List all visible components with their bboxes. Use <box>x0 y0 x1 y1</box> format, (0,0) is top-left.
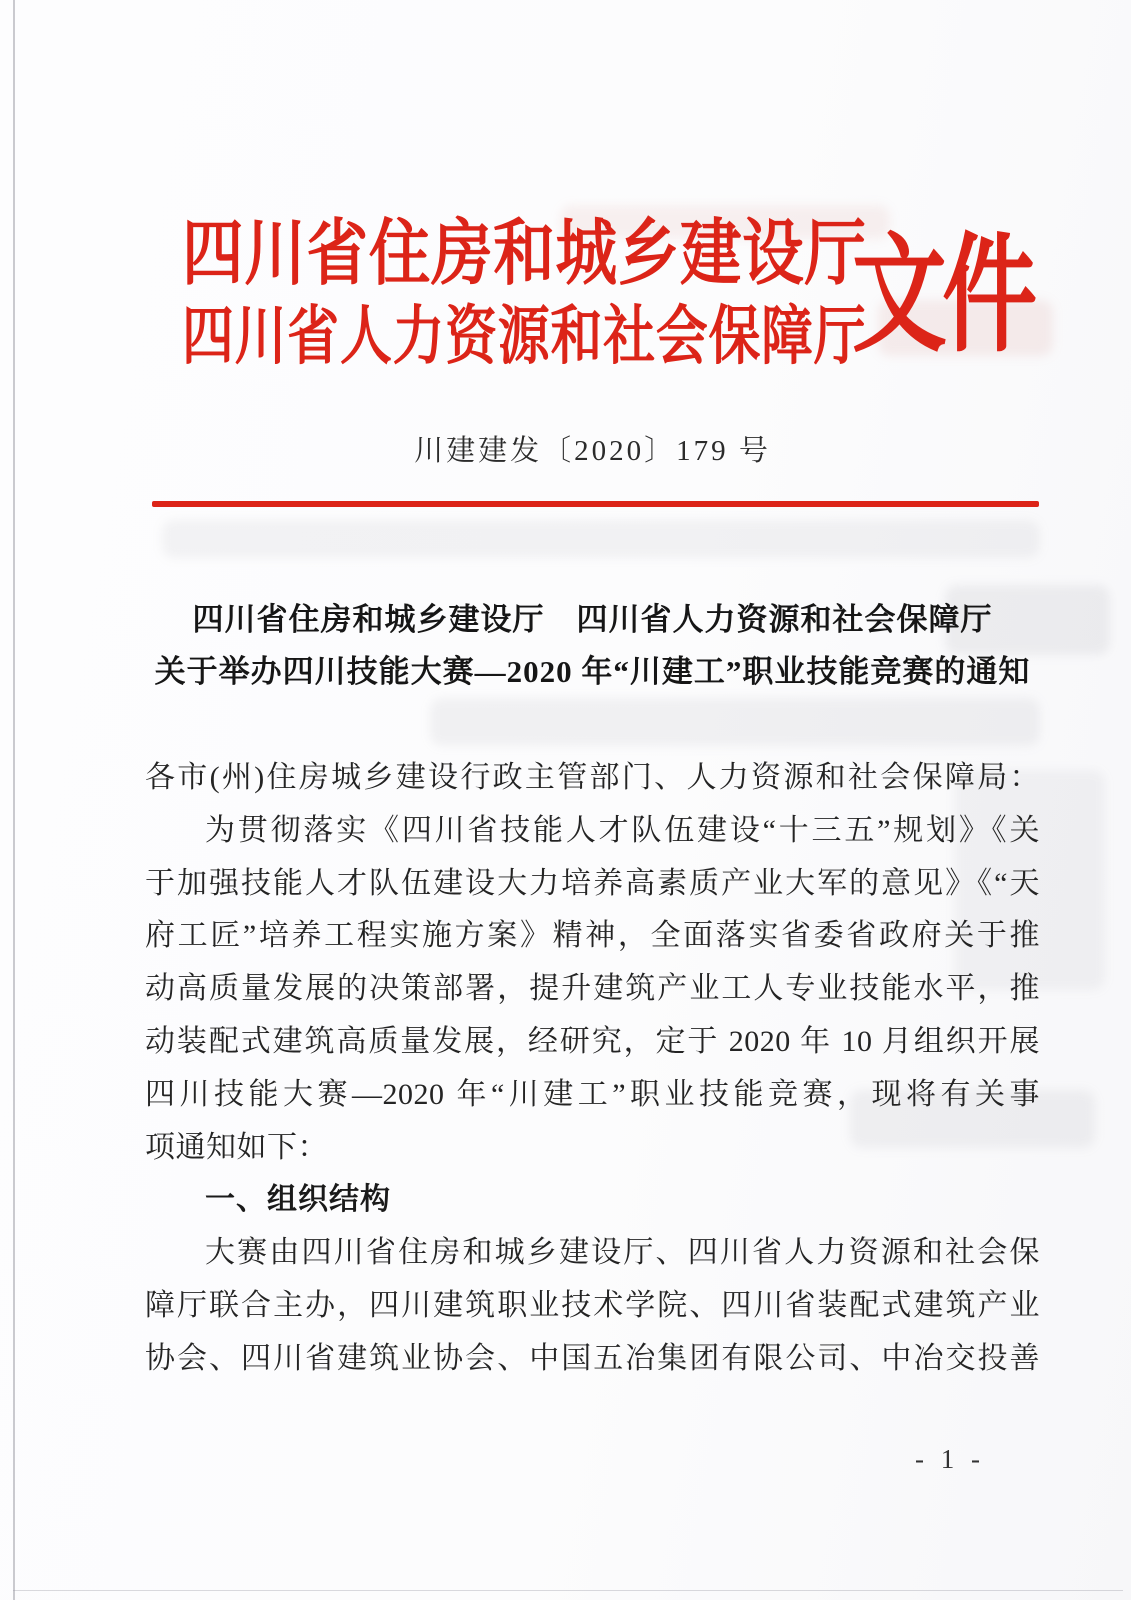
document-title: 四川省住房和城乡建设厅 四川省人力资源和社会保障厅 关于举办四川技能大赛—202… <box>145 594 1040 698</box>
salutation-line: 各市(州)住房城乡建设行政主管部门、人力资源和社会保障局： <box>145 752 1040 805</box>
scan-edge-bottom <box>13 1590 1123 1591</box>
body-line: 障厅联合主办，四川建筑职业技术学院、四川省装配式建筑产业 <box>145 1280 1040 1333</box>
document-title-line2: 关于举办四川技能大赛—2020 年“川建工”职业技能竞赛的通知 <box>145 646 1040 698</box>
body-line: 协会、四川省建筑业协会、中国五冶集团有限公司、中冶交投善 <box>145 1333 1040 1386</box>
body-line: 大赛由四川省住房和城乡建设厅、四川省人力资源和社会保 <box>145 1227 1040 1280</box>
document-number: 川建建发〔2020〕179 号 <box>145 428 1040 469</box>
bleedthrough-smudge <box>430 698 1040 746</box>
document-title-line1: 四川省住房和城乡建设厅 四川省人力资源和社会保障厅 <box>145 594 1040 646</box>
document-page: 四川省住房和城乡建设厅 四川省人力资源和社会保障厅 文件 川建建发〔2020〕1… <box>0 0 1131 1600</box>
section-heading: 一、组织结构 <box>145 1174 1040 1227</box>
body-line: 项通知如下： <box>145 1122 1040 1175</box>
page-number: - 1 - <box>915 1444 985 1475</box>
body-line: 动装配式建筑高质量发展，经研究，定于 2020 年 10 月组织开展 <box>145 1016 1040 1069</box>
body-line: 于加强技能人才队伍建设大力培养高素质产业大军的意见》《“天 <box>145 858 1040 911</box>
body-line: 府工匠”培养工程实施方案》精神，全面落实省委省政府关于推 <box>145 910 1040 963</box>
letterhead-agency-line2: 四川省人力资源和社会保障厅 <box>182 302 866 371</box>
letterhead-agency-line1: 四川省住房和城乡建设厅 <box>182 216 866 294</box>
letterhead-doc-type: 文件 <box>852 232 1033 360</box>
scan-edge-left <box>13 0 15 1600</box>
bleedthrough-smudge <box>162 520 1040 558</box>
body-line: 四川技能大赛—2020 年“川建工”职业技能竞赛，现将有关事 <box>145 1069 1040 1122</box>
body-line: 为贯彻落实《四川省技能人才队伍建设“十三五”规划》《关 <box>145 805 1040 858</box>
document-body: 各市(州)住房城乡建设行政主管部门、人力资源和社会保障局： 为贯彻落实《四川省技… <box>145 752 1040 1386</box>
red-divider-rule <box>152 501 1039 507</box>
body-line: 动高质量发展的决策部署，提升建筑产业工人专业技能水平，推 <box>145 963 1040 1016</box>
